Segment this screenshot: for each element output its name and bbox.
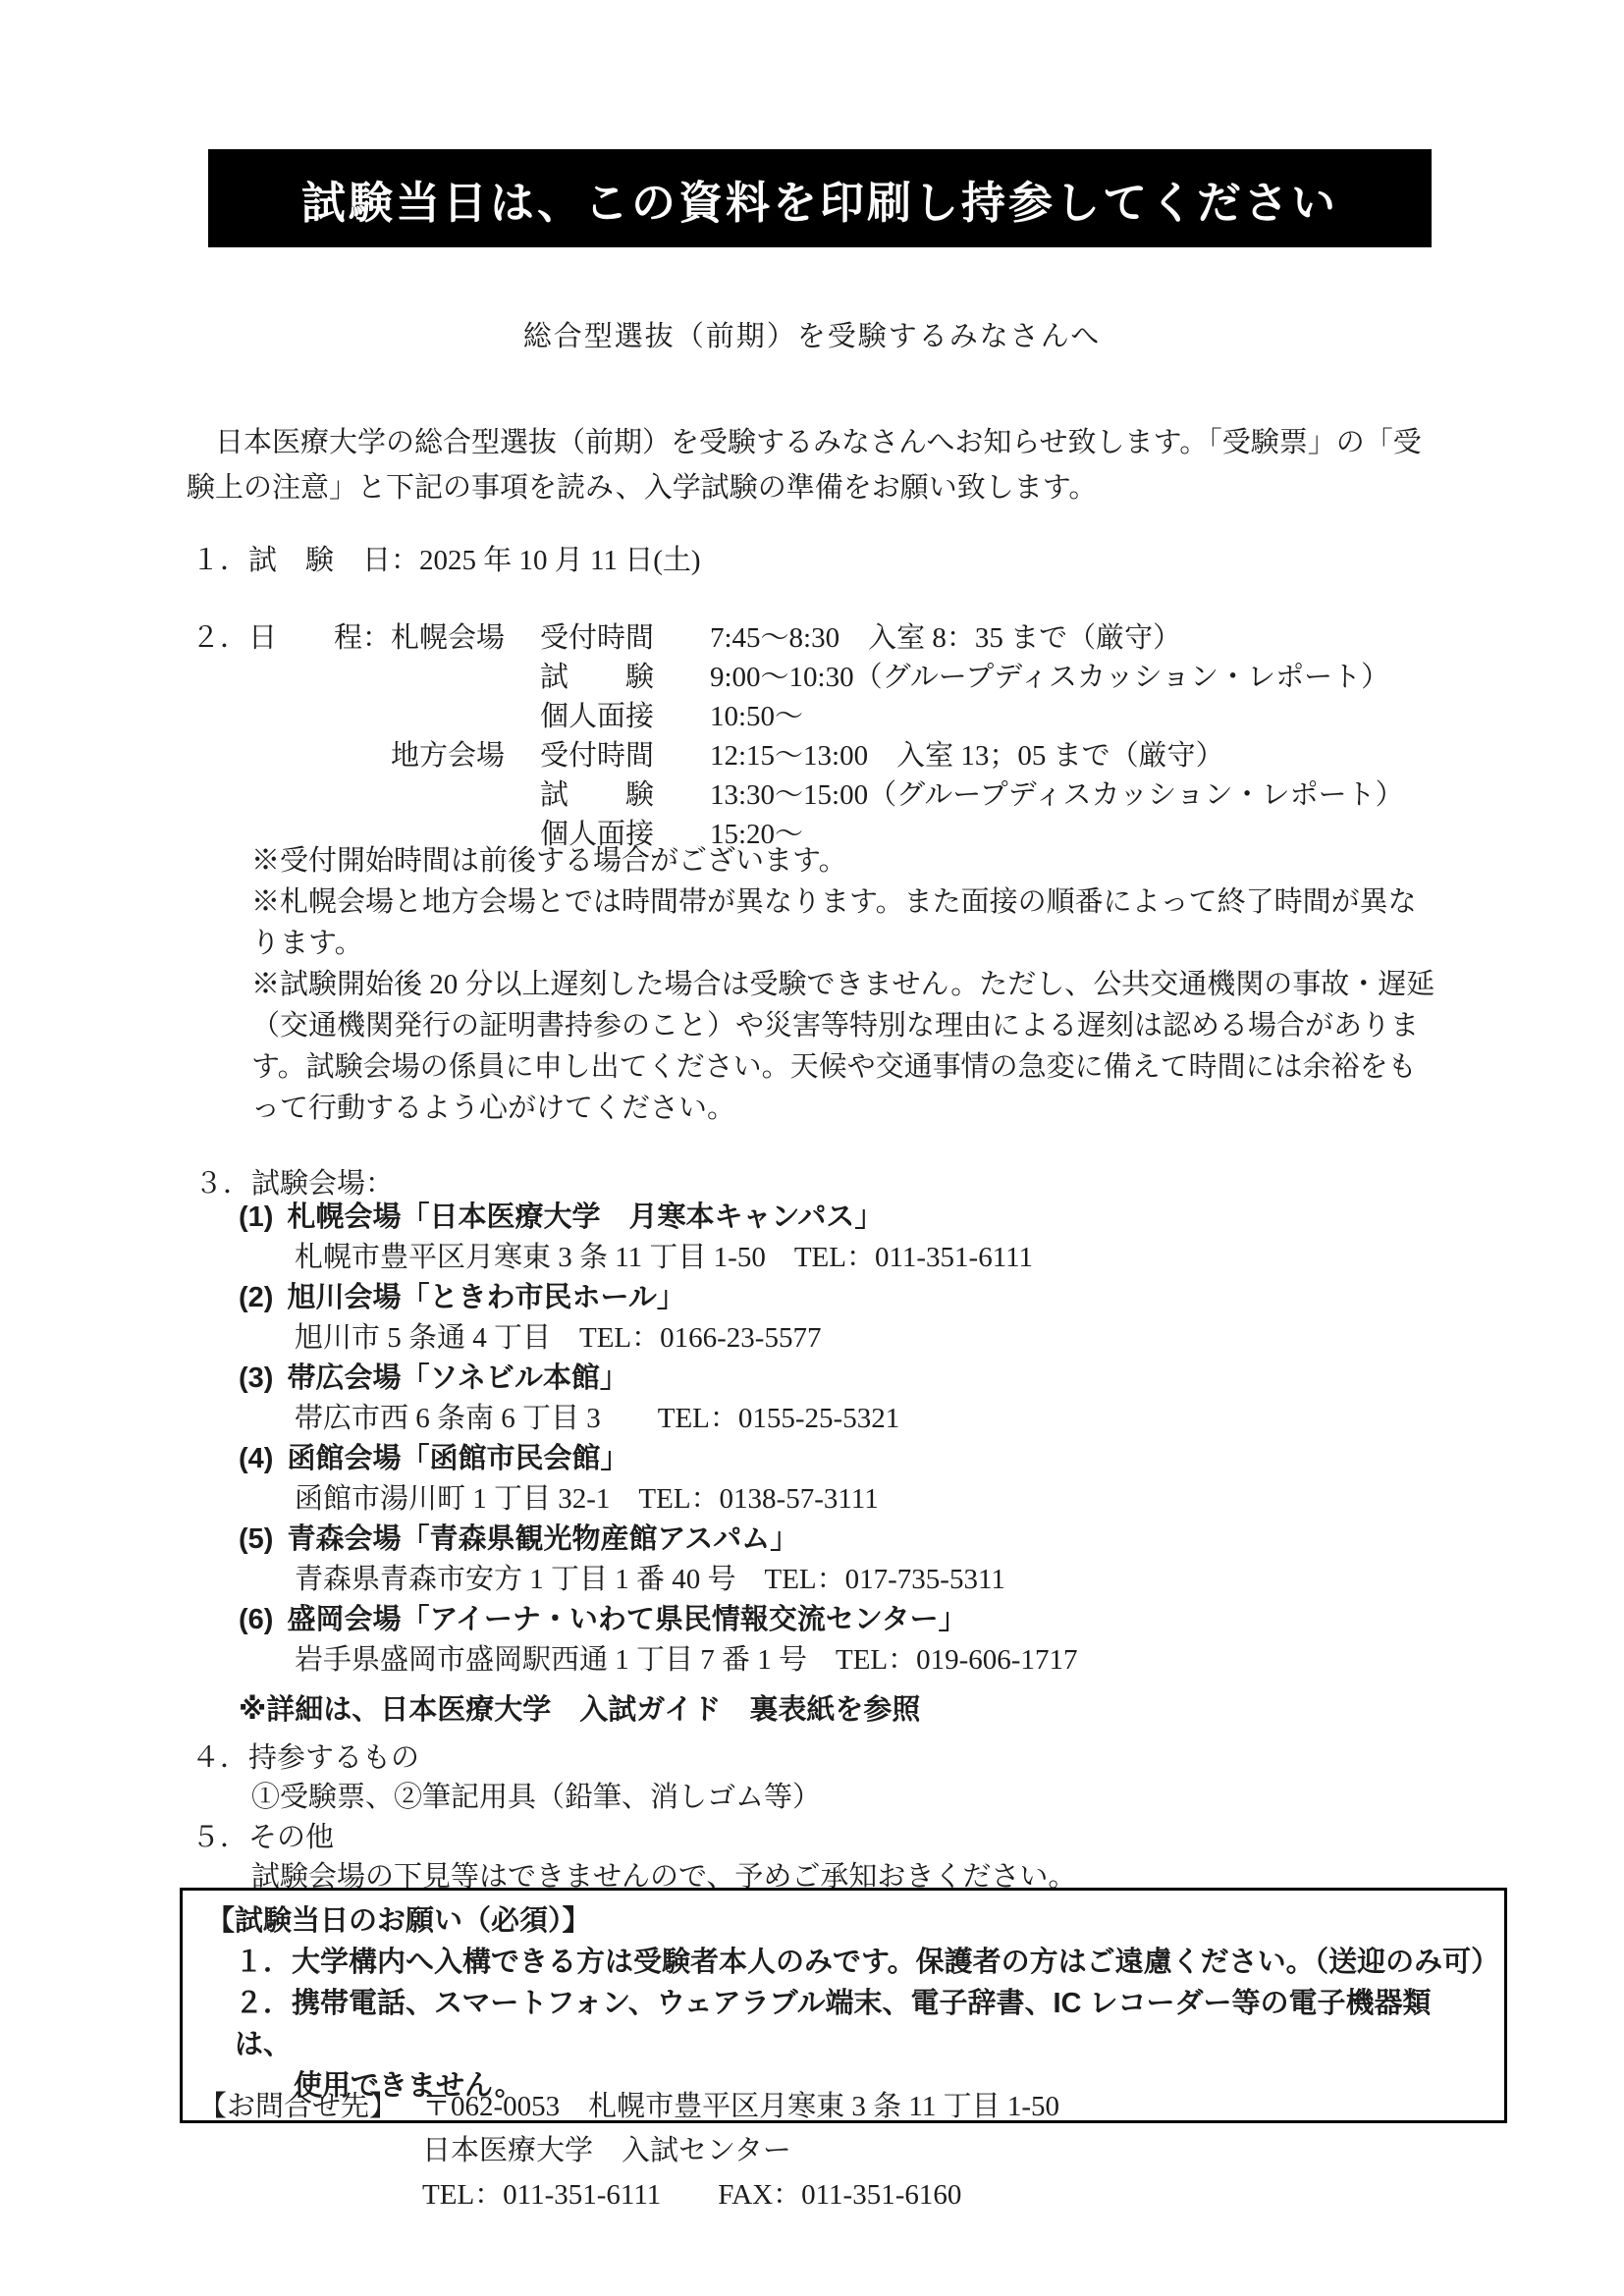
schedule-item-label: 受付時間 [540, 736, 710, 775]
venue-number: (2) [239, 1278, 273, 1318]
schedule-number-label [191, 736, 391, 775]
venue-number: (6) [239, 1600, 273, 1640]
venue-number: (3) [239, 1359, 273, 1399]
venue-name-line: (2)旭川会場「ときわ市民ホール」 [239, 1278, 1077, 1318]
request-box-item: ２．携帯電話、スマートフォン、ウェアラブル端末、電子辞書、IC レコーダー等の電… [206, 1983, 1487, 2065]
schedule-row: 地方会場受付時間12:15～13:00 入室 13；05 まで（厳守） [191, 736, 1404, 775]
exam-date-label: １．試 験 日： [191, 545, 419, 576]
schedule-venue [391, 658, 540, 697]
intro-paragraph: 日本医療大学の総合型選抜（前期）を受験するみなさんへお知らせ致します。「受験票」… [187, 420, 1437, 510]
contact-lines: 〒062-0053 札幌市豊平区月寒東 3 条 11 丁目 1-50日本医療大学… [422, 2085, 1059, 2217]
venue-name-line: (6)盛岡会場「アイーナ・いわて県民情報交流センター」 [239, 1600, 1077, 1640]
venue-title: 帯広会場「ソネビル本館」 [287, 1362, 627, 1394]
schedule-section: ２．日 程：札幌会場受付時間7:45～8:30 入室 8：35 まで（厳守） 試… [191, 618, 1404, 854]
venue-list: (1)札幌会場「日本医療大学 月寒本キャンパス」札幌市豊平区月寒東 3 条 11… [239, 1198, 1077, 1731]
venue-name-line: (3)帯広会場「ソネビル本館」 [239, 1359, 1077, 1399]
schedule-note: ※札幌会場と地方会場とでは時間帯が異なります。また面接の順番によって終了時間が異… [251, 881, 1441, 964]
contact-line: TEL：011-351-6111 FAX：011-351-6160 [422, 2173, 1059, 2217]
venue-address: 岩手県盛岡市盛岡駅西通 1 丁目 7 番 1 号 TEL：019-606-171… [295, 1640, 1077, 1681]
schedule-item-label: 試 験 [540, 775, 710, 815]
contact-section: 【お問合せ先】 〒062-0053 札幌市豊平区月寒東 3 条 11 丁目 1-… [198, 2085, 1059, 2217]
schedule-time: 9:00～10:30（グループディスカッション・レポート） [710, 658, 1404, 697]
venues-section-label: ３．試験会場： [194, 1161, 394, 1201]
subtitle: 総合型選抜（前期）を受験するみなさんへ [0, 314, 1624, 354]
contact-line: 日本医療大学 入試センター [422, 2129, 1059, 2173]
schedule-number-label: ２．日 程： [191, 618, 391, 658]
venue-title: 札幌会場「日本医療大学 月寒本キャンパス」 [287, 1201, 883, 1233]
banner-text: 試験当日は、この資料を印刷し持参してください [301, 167, 1338, 231]
schedule-note: ※受付開始時間は前後する場合がございます。 [251, 840, 1441, 881]
banner: 試験当日は、この資料を印刷し持参してください [208, 149, 1432, 247]
document-page: 試験当日は、この資料を印刷し持参してください 総合型選抜（前期）を受験するみなさ… [0, 0, 1624, 2296]
schedule-row: 試 験13:30～15:00（グループディスカッション・レポート） [191, 775, 1404, 815]
venue-address: 函館市湯川町 1 丁目 32-1 TEL：0138-57-3111 [295, 1479, 1077, 1520]
venue-address: 青森県青森市安方 1 丁目 1 番 40 号 TEL：017-735-5311 [295, 1560, 1077, 1600]
venue-title: 函館会場「函館市民会館」 [287, 1443, 628, 1474]
venue-title: 盛岡会場「アイーナ・いわて県民情報交流センター」 [287, 1604, 966, 1635]
exam-date-line: １．試 験 日：2025 年 10 月 11 日(土) [191, 538, 701, 578]
schedule-time: 10:50～ [710, 697, 1404, 736]
venue-name-line: (1)札幌会場「日本医療大学 月寒本キャンパス」 [239, 1198, 1077, 1238]
schedule-item-label: 試 験 [540, 658, 710, 697]
venue-name-line: (5)青森会場「青森県観光物産館アスパム」 [239, 1520, 1077, 1560]
schedule-note: ※試験開始後 20 分以上遅刻した場合は受験できません。ただし、公共交通機関の事… [251, 964, 1441, 1129]
other-label: ５．その他 [191, 1815, 334, 1855]
venue-number: (5) [239, 1520, 273, 1560]
contact-line: 〒062-0053 札幌市豊平区月寒東 3 条 11 丁目 1-50 [422, 2085, 1059, 2129]
venue-title: 青森会場「青森県観光物産館アスパム」 [287, 1523, 798, 1555]
venue-address: 旭川市 5 条通 4 丁目 TEL：0166-23-5577 [295, 1318, 1077, 1359]
venue-address: 帯広市西 6 条南 6 丁目 3 TEL：0155-25-5321 [295, 1399, 1077, 1439]
schedule-number-label [191, 697, 391, 736]
schedule-row: ２．日 程：札幌会場受付時間7:45～8:30 入室 8：35 まで（厳守） [191, 618, 1404, 658]
schedule-row: 個人面接10:50～ [191, 697, 1404, 736]
venue-number: (4) [239, 1439, 273, 1479]
schedule-number-label [191, 775, 391, 815]
request-box-title: 【試験当日のお願い（必須）】 [206, 1900, 1487, 1942]
schedule-item-label: 個人面接 [540, 697, 710, 736]
contact-label: 【お問合せ先】 [198, 2085, 398, 2217]
venue-number: (1) [239, 1198, 273, 1238]
request-box-items: １．大学構内へ入構できる方は受験者本人のみです。保護者の方はご遠慮ください。（送… [206, 1942, 1487, 2107]
schedule-venue [391, 775, 540, 815]
schedule-row: 試 験9:00～10:30（グループディスカッション・レポート） [191, 658, 1404, 697]
bring-label: ４．持参するもの [191, 1735, 419, 1776]
schedule-venue: 札幌会場 [391, 618, 540, 658]
venue-title: 旭川会場「ときわ市民ホール」 [287, 1282, 684, 1313]
schedule-notes: ※受付開始時間は前後する場合がございます。※札幌会場と地方会場とでは時間帯が異な… [251, 840, 1441, 1129]
venue-address: 札幌市豊平区月寒東 3 条 11 丁目 1-50 TEL：011-351-611… [295, 1238, 1077, 1278]
schedule-number-label [191, 658, 391, 697]
schedule-venue [391, 697, 540, 736]
schedule-time: 7:45～8:30 入室 8：35 まで（厳守） [710, 618, 1404, 658]
schedule-item-label: 受付時間 [540, 618, 710, 658]
exam-date-value: 2025 年 10 月 11 日(土) [419, 545, 701, 576]
venues-note: ※詳細は、日本医療大学 入試ガイド 裏表紙を参照 [239, 1690, 1077, 1731]
venue-name-line: (4)函館会場「函館市民会館」 [239, 1439, 1077, 1479]
schedule-time: 12:15～13:00 入室 13；05 まで（厳守） [710, 736, 1404, 775]
bring-content: ①受験票、②筆記用具（鉛筆、消しゴム等） [251, 1775, 821, 1815]
schedule-time: 13:30～15:00（グループディスカッション・レポート） [710, 775, 1404, 815]
request-box-item: １．大学構内へ入構できる方は受験者本人のみです。保護者の方はご遠慮ください。（送… [206, 1942, 1487, 1983]
schedule-venue: 地方会場 [391, 736, 540, 775]
